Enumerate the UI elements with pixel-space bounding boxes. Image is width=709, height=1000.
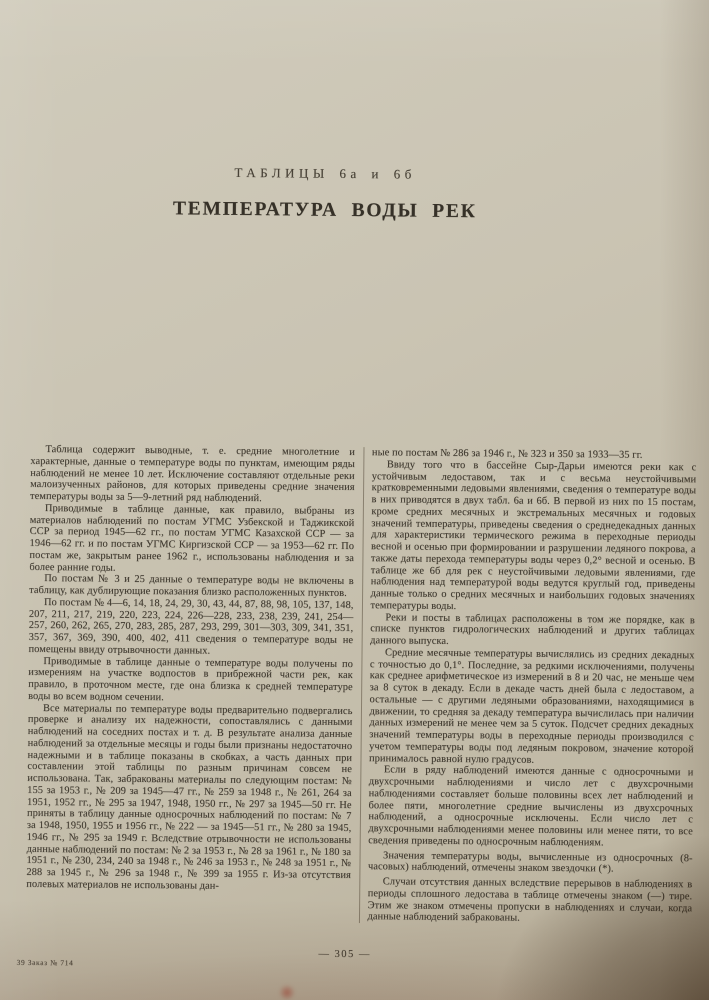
left-paragraph-4: По постам № 4—6, 14, 18, 24, 29, 30, 43,… [28,597,353,659]
left-column: Таблица содержит выводные, т. е. средние… [26,444,363,923]
left-paragraph-5: Приводимые в таблице данные о температур… [28,655,353,705]
right-paragraph-5: Если в ряду наблюдений имеются данные с … [368,764,693,849]
right-paragraph-6: Значения температуры воды, вычисленные и… [368,850,693,877]
page-content: ТАБЛИЦЫ 6а и 6б ТЕМПЕРАТУРА ВОДЫ РЕК Таб… [0,0,709,1000]
print-order-note: 39 Заказ № 714 [17,958,74,968]
left-paragraph-1: Таблица содержит выводные, т. е. средние… [30,444,355,506]
right-paragraph-2: Ввиду того что в бассейне Сыр-Дарьи имею… [370,459,696,615]
left-paragraph-6: Все материалы по температуре воды предва… [26,702,352,893]
right-paragraph-4: Средние месячные температуры вычислялись… [369,647,695,768]
page-title: ТЕМПЕРАТУРА ВОДЫ РЕК [0,196,665,225]
right-paragraph-3: Реки и посты в таблицах расположены в то… [370,612,695,650]
tables-kicker: ТАБЛИЦЫ 6а и 6б [0,162,665,185]
right-paragraph-7: Случаи отсутствия данных вследствие пере… [367,876,692,926]
left-paragraph-2: Приводимые в таблице данные, как правило… [29,503,354,577]
scanned-page: ТАБЛИЦЫ 6а и 6б ТЕМПЕРАТУРА ВОДЫ РЕК Таб… [0,0,709,1000]
left-paragraph-3: По постам № 3 и 25 данные о температуре … [29,573,354,600]
page-number: — 305 — [12,946,678,963]
two-column-text-block: Таблица содержит выводные, т. е. средние… [26,444,697,926]
right-column: ные по постам № 286 за 1946 г., № 323 и … [358,447,696,926]
